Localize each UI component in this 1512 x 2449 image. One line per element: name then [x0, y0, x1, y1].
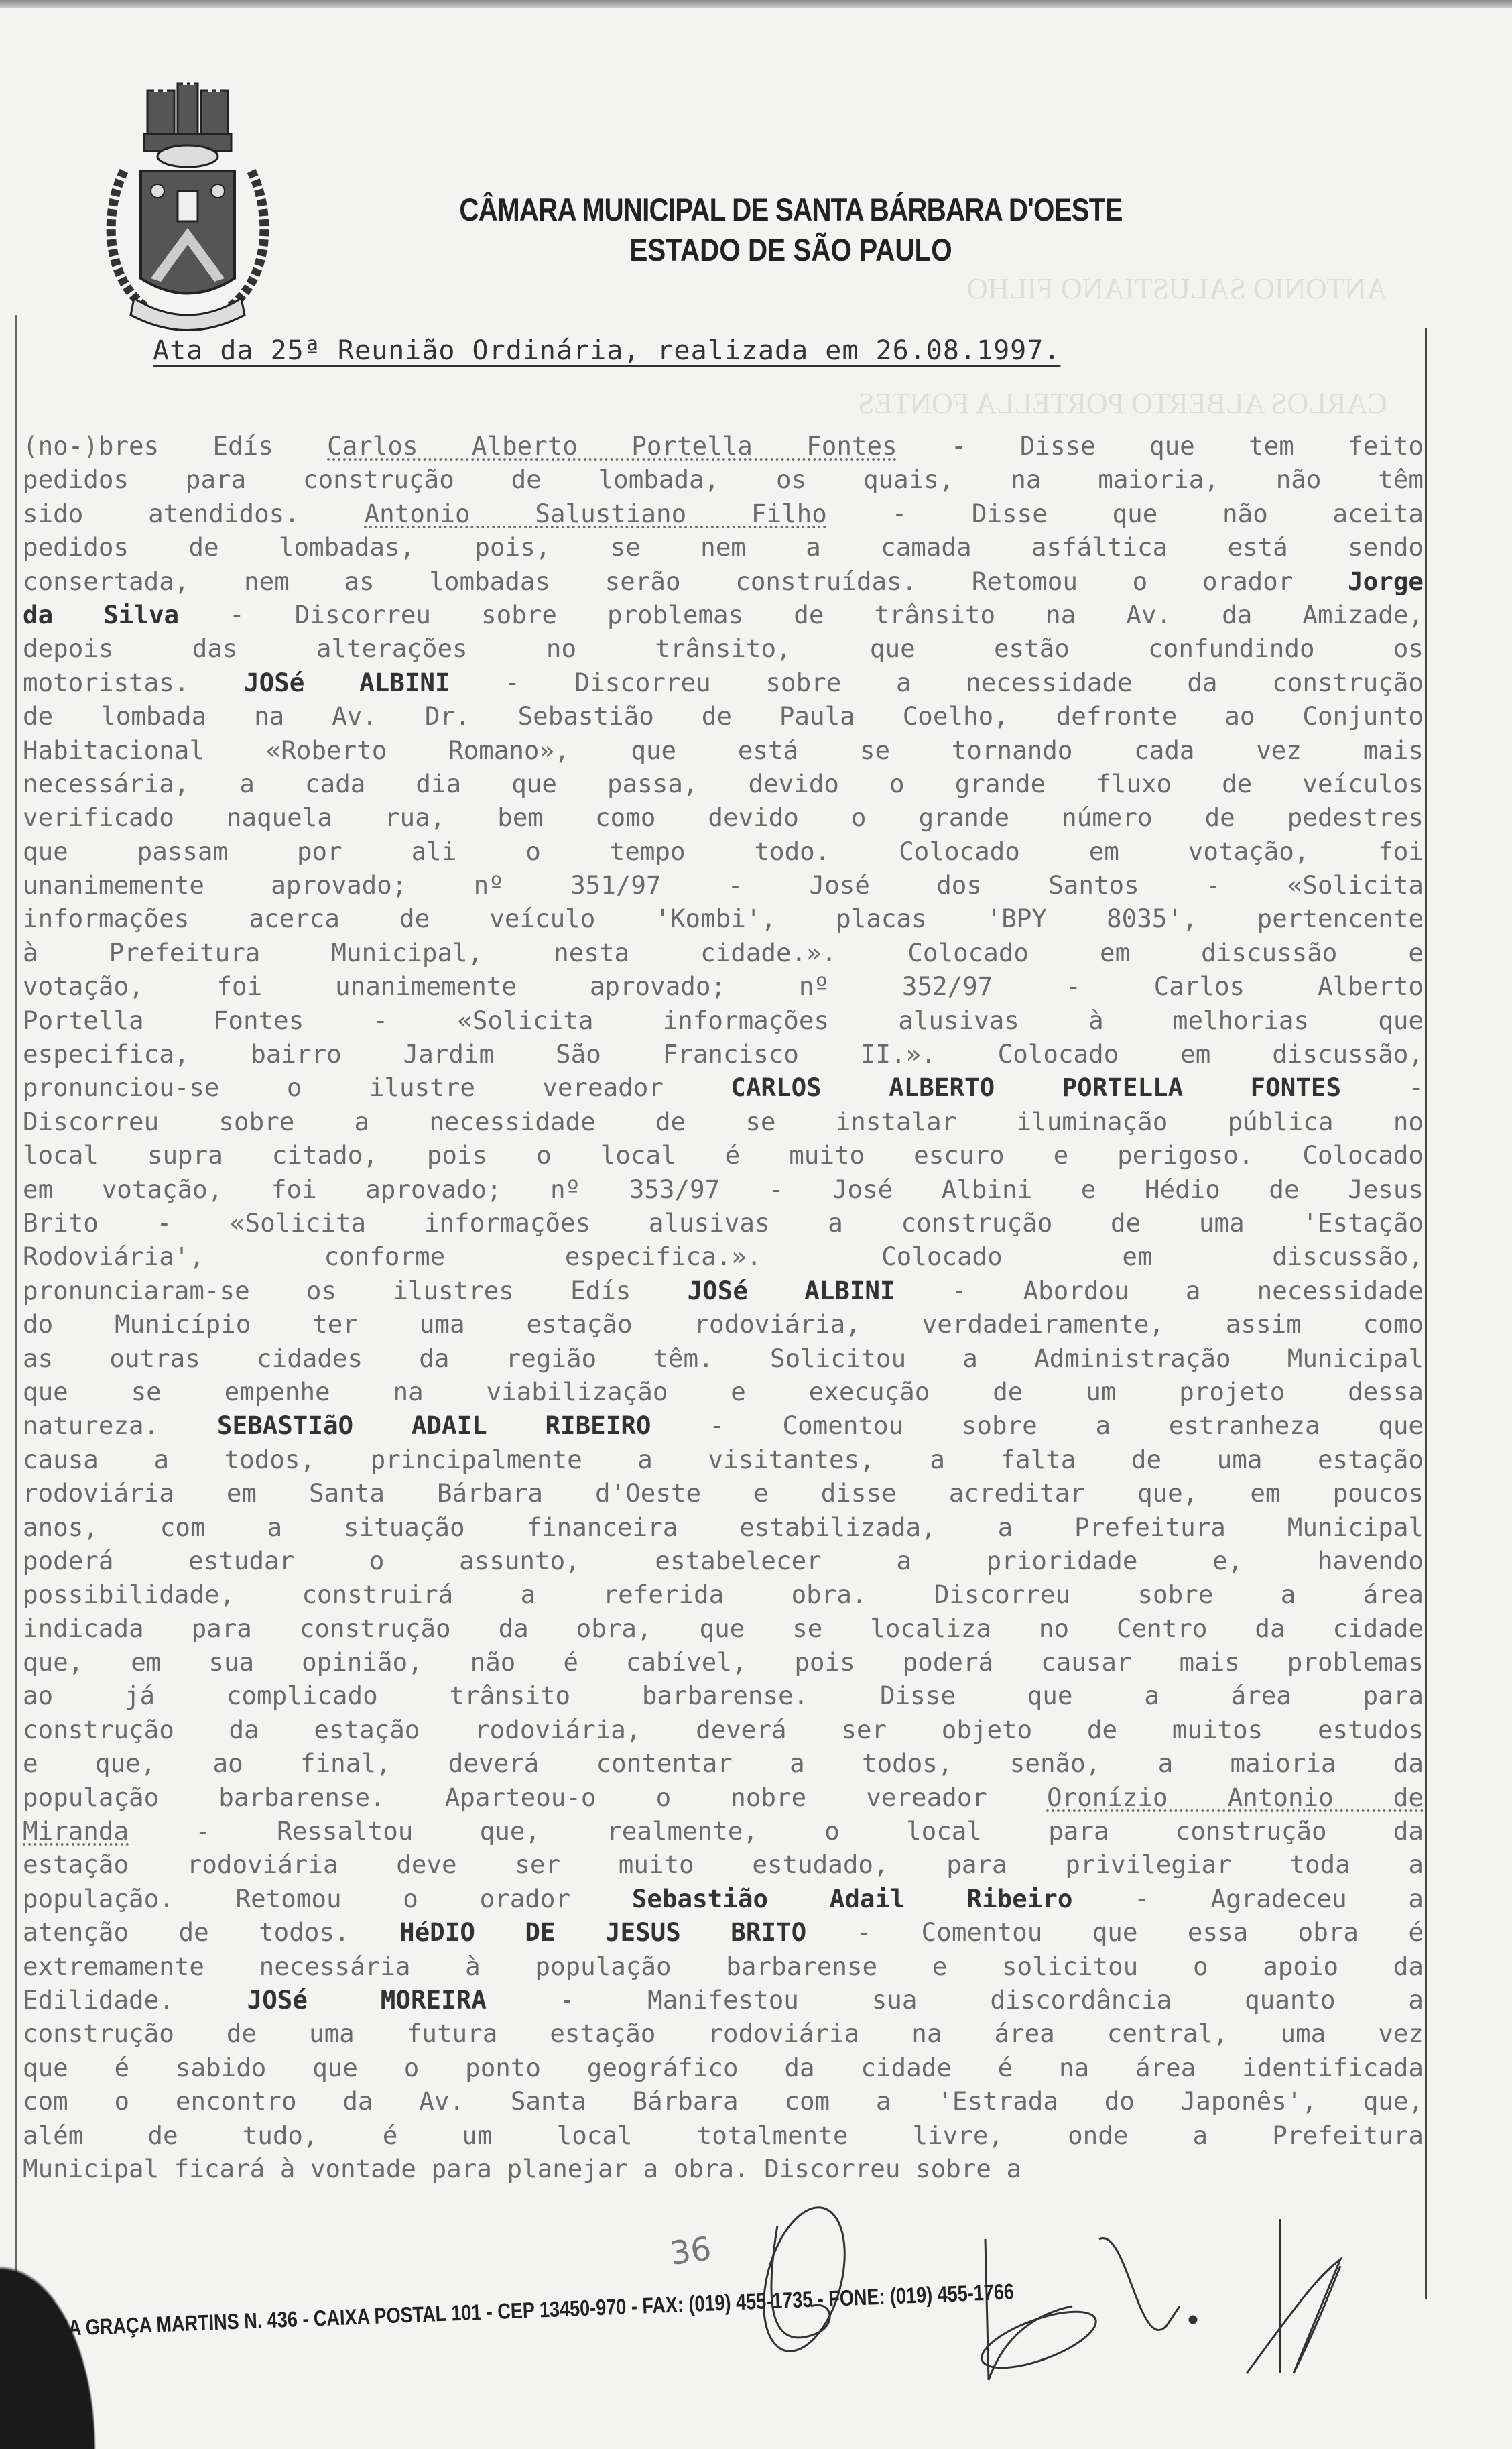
line-text: (no-)bres Edís	[23, 431, 327, 461]
minutes-line: sido atendidos. Antonio Salustiano Filho…	[23, 497, 1424, 530]
line-text: motoristas.	[23, 668, 244, 697]
minutes-line: Edilidade. JOSé MOREIRA - Manifestou sua…	[23, 1983, 1424, 2017]
minutes-line: local supra citado, pois o local é muito…	[23, 1138, 1424, 1172]
minutes-line: as outras cidades da região têm. Solicit…	[23, 1341, 1424, 1375]
minutes-line: Discorreu sobre a necessidade de se inst…	[23, 1105, 1424, 1138]
line-text: que passam por ali o tempo todo. Colocad…	[23, 837, 1424, 866]
minutes-line: além de tudo, é um local totalmente livr…	[23, 2118, 1424, 2152]
line-text: Habitacional «Roberto Romano», que está …	[23, 735, 1424, 765]
line-text: unanimemente aprovado; nº 351/97 - José …	[23, 870, 1424, 900]
minutes-line: que, em sua opinião, não é cabível, pois…	[23, 1645, 1424, 1679]
minutes-line: pedidos de lombadas, pois, se nem a cama…	[23, 530, 1424, 564]
line-text: consertada, nem as lombadas serão constr…	[23, 566, 1348, 596]
minutes-line: em votação, foi aprovado; nº 353/97 - Jo…	[23, 1173, 1424, 1206]
line-text: - Discorreu sobre problemas de trânsito …	[179, 600, 1424, 630]
line-text: - Ressaltou que, realmente, o local para…	[129, 1816, 1424, 1846]
minutes-line: votação, foi unanimemente aprovado; nº 3…	[23, 969, 1424, 1003]
minutes-line: necessária, a cada dia que passa, devido…	[23, 767, 1424, 800]
minutes-line: atenção de todos. HéDIO DE JESUS BRITO -…	[23, 1915, 1424, 1949]
line-text: população. Retomou o orador	[23, 1884, 632, 1913]
minutes-line: pronunciaram-se os ilustres Edís JOSé AL…	[23, 1274, 1424, 1307]
page-frame-right	[1425, 328, 1427, 2299]
minutes-line: construção de uma futura estação rodoviá…	[23, 2017, 1424, 2050]
speaker-name: CARLOS ALBERTO PORTELLA FONTES	[731, 1073, 1341, 1102]
speaker-name: Jorge	[1348, 566, 1424, 596]
line-text: Brito - «Solicita informações alusivas a…	[23, 1208, 1424, 1238]
minutes-line: Brito - «Solicita informações alusivas a…	[23, 1206, 1424, 1240]
line-text: construção de uma futura estação rodoviá…	[23, 2019, 1424, 2048]
underlined-name: Miranda	[23, 1816, 129, 1846]
minutes-body: (no-)bres Edís Carlos Alberto Portella F…	[23, 429, 1424, 2186]
speaker-name: HéDIO DE JESUS BRITO	[399, 1917, 806, 1947]
underlined-name: Carlos Alberto Portella Fontes	[327, 431, 897, 461]
minutes-line: Miranda - Ressaltou que, realmente, o lo…	[23, 1814, 1424, 1848]
minutes-line: do Município ter uma estação rodoviária,…	[23, 1307, 1424, 1341]
minutes-line: consertada, nem as lombadas serão constr…	[23, 564, 1424, 598]
line-text: pronunciaram-se os ilustres Edís	[23, 1276, 688, 1305]
line-text: atenção de todos.	[23, 1917, 399, 1947]
line-text: -	[1341, 1073, 1424, 1102]
line-text: que é sabido que o ponto geográfico da c…	[23, 2053, 1424, 2082]
line-text: população barbarense. Aparteou-o o nobre…	[23, 1783, 1047, 1812]
page-frame-left	[15, 315, 17, 2299]
line-text: Rodoviária', conforme especifica.». Colo…	[23, 1242, 1424, 1271]
line-text: - Comentou que essa obra é	[806, 1917, 1424, 1947]
line-text: Municipal ficará à vontade para planejar…	[23, 2154, 1021, 2184]
line-text: indicada para construção da obra, que se…	[23, 1614, 1424, 1643]
underlined-name: Antonio Salustiano Filho	[365, 499, 827, 528]
line-text: à Prefeitura Municipal, nesta cidade.». …	[23, 938, 1424, 967]
speaker-name: Sebastião Adail Ribeiro	[632, 1884, 1073, 1913]
minutes-line: que se empenhe na viabilização e execuçã…	[23, 1375, 1424, 1409]
underlined-name: Oronízio Antonio de	[1047, 1783, 1424, 1812]
minutes-line: pronunciou-se o ilustre vereador CARLOS …	[23, 1071, 1424, 1104]
line-text: - Disse que tem feito	[897, 431, 1424, 461]
line-text: e que, ao final, deverá contentar a todo…	[23, 1748, 1424, 1778]
line-text: especifica, bairro Jardim São Francisco …	[23, 1039, 1424, 1069]
minutes-line: possibilidade, construirá a referida obr…	[23, 1577, 1424, 1611]
minutes-line: poderá estudar o assunto, estabelecer a …	[23, 1544, 1424, 1577]
minutes-line: estação rodoviária deve ser muito estuda…	[23, 1848, 1424, 1881]
minutes-line: Municipal ficará à vontade para planejar…	[23, 2152, 1424, 2186]
line-text: natureza.	[23, 1411, 217, 1440]
state-name: ESTADO DE SÃO PAULO	[434, 231, 1148, 268]
line-text: anos, com a situação financeira estabili…	[23, 1512, 1424, 1542]
minutes-line: unanimemente aprovado; nº 351/97 - José …	[23, 868, 1424, 902]
minutes-line: (no-)bres Edís Carlos Alberto Portella F…	[23, 429, 1424, 463]
page-number: 36	[668, 2230, 713, 2273]
minutes-line: Portella Fontes - «Solicita informações …	[23, 1004, 1424, 1037]
line-text: em votação, foi aprovado; nº 353/97 - Jo…	[23, 1175, 1424, 1204]
minutes-line: ao já complicado trânsito barbarense. Di…	[23, 1679, 1424, 1712]
line-text: construção da estação rodoviária, deverá…	[23, 1715, 1424, 1744]
line-text: estação rodoviária deve ser muito estuda…	[23, 1850, 1424, 1879]
minutes-line: Rodoviária', conforme especifica.». Colo…	[23, 1240, 1424, 1273]
minutes-line: extremamente necessária à população barb…	[23, 1950, 1424, 1983]
line-text: - Abordou a necessidade	[895, 1276, 1424, 1305]
line-text: extremamente necessária à população barb…	[23, 1952, 1424, 1981]
minutes-line: população. Retomou o orador Sebastião Ad…	[23, 1882, 1424, 1915]
minutes-line: e que, ao final, deverá contentar a todo…	[23, 1746, 1424, 1780]
speaker-name: JOSé ALBINI	[244, 668, 450, 697]
minutes-line: informações acerca de veículo 'Kombi', p…	[23, 902, 1424, 935]
speaker-name: JOSé ALBINI	[688, 1276, 895, 1305]
speaker-name: da Silva	[23, 600, 179, 630]
handwritten-signature-icon	[749, 2199, 859, 2360]
scanner-top-edge	[0, 0, 1512, 8]
line-text: Portella Fontes - «Solicita informações …	[23, 1006, 1424, 1035]
line-text: além de tudo, é um local totalmente livr…	[23, 2121, 1424, 2150]
line-text: possibilidade, construirá a referida obr…	[23, 1579, 1424, 1609]
minutes-title: Ata da 25ª Reunião Ordinária, realizada …	[153, 335, 1060, 366]
minutes-line: especifica, bairro Jardim São Francisco …	[23, 1037, 1424, 1071]
municipal-coat-of-arms-icon	[84, 77, 285, 332]
line-text: ao já complicado trânsito barbarense. Di…	[23, 1681, 1424, 1710]
minutes-line: população barbarense. Aparteou-o o nobre…	[23, 1781, 1424, 1814]
minutes-line: anos, com a situação financeira estabili…	[23, 1510, 1424, 1544]
minutes-line: causa a todos, principalmente a visitant…	[23, 1443, 1424, 1476]
line-text: - Manifestou sua discordância quanto a	[487, 1985, 1424, 2015]
line-text: informações acerca de veículo 'Kombi', p…	[23, 904, 1424, 933]
minutes-line: rodoviária em Santa Bárbara d'Oeste e di…	[23, 1476, 1424, 1510]
minutes-line: indicada para construção da obra, que se…	[23, 1612, 1424, 1645]
minutes-line: natureza. SEBASTIãO ADAIL RIBEIRO - Come…	[23, 1409, 1424, 1442]
minutes-line: construção da estação rodoviária, deverá…	[23, 1713, 1424, 1746]
minutes-line: com o encontro da Av. Santa Bárbara com …	[23, 2084, 1424, 2118]
line-text: Edilidade.	[23, 1985, 247, 2015]
line-text: que, em sua opinião, não é cabível, pois…	[23, 1647, 1424, 1677]
minutes-line: Habitacional «Roberto Romano», que está …	[23, 733, 1424, 767]
line-text: pronunciou-se o ilustre vereador	[23, 1073, 731, 1102]
line-text: - Agradeceu a	[1072, 1884, 1424, 1913]
line-text: que se empenhe na viabilização e execuçã…	[23, 1377, 1424, 1407]
line-text: - Disse que não aceita	[827, 499, 1424, 528]
speaker-name: JOSé MOREIRA	[247, 1985, 487, 2015]
minutes-line: que é sabido que o ponto geográfico da c…	[23, 2051, 1424, 2084]
minutes-line: da Silva - Discorreu sobre problemas de …	[23, 598, 1424, 632]
minutes-line: de lombada na Av. Dr. Sebastião de Paula…	[23, 699, 1424, 733]
line-text: poderá estudar o assunto, estabelecer a …	[23, 1546, 1424, 1575]
line-text: votação, foi unanimemente aprovado; nº 3…	[23, 971, 1424, 1001]
line-text: local supra citado, pois o local é muito…	[23, 1140, 1424, 1170]
line-text: rodoviária em Santa Bárbara d'Oeste e di…	[23, 1478, 1424, 1508]
line-text: necessária, a cada dia que passa, devido…	[23, 769, 1424, 798]
line-text: Discorreu sobre a necessidade de se inst…	[23, 1107, 1424, 1136]
line-text: de lombada na Av. Dr. Sebastião de Paula…	[23, 701, 1424, 731]
line-text: pedidos para construção de lombada, os q…	[23, 465, 1424, 494]
line-text: com o encontro da Av. Santa Bárbara com …	[23, 2086, 1424, 2116]
minutes-line: à Prefeitura Municipal, nesta cidade.». …	[23, 936, 1424, 969]
minutes-line: que passam por ali o tempo todo. Colocad…	[23, 835, 1424, 868]
minutes-line: depois das alterações no trânsito, que e…	[23, 632, 1424, 665]
line-text: - Discorreu sobre a necessidade da const…	[450, 668, 1424, 697]
line-text: depois das alterações no trânsito, que e…	[23, 634, 1424, 663]
line-text: causa a todos, principalmente a visitant…	[23, 1445, 1424, 1474]
minutes-line: motoristas. JOSé ALBINI - Discorreu sobr…	[23, 666, 1424, 699]
speaker-name: SEBASTIãO ADAIL RIBEIRO	[217, 1411, 651, 1440]
line-text: sido atendidos.	[23, 499, 365, 528]
minutes-line: verificado naquela rua, bem como devido …	[23, 800, 1424, 834]
line-text: do Município ter uma estação rodoviária,…	[23, 1309, 1424, 1339]
handwritten-signature-icon	[1247, 2219, 1340, 2373]
line-text: as outras cidades da região têm. Solicit…	[23, 1343, 1424, 1373]
line-text: verificado naquela rua, bem como devido …	[23, 802, 1424, 832]
scanner-corner-shadow	[0, 2167, 147, 2449]
handwritten-signature-icon	[975, 2238, 1196, 2380]
minutes-line: pedidos para construção de lombada, os q…	[23, 463, 1424, 496]
institution-name: CÂMARA MUNICIPAL DE SANTA BÁRBARA D'OEST…	[434, 191, 1148, 228]
line-text: - Comentou sobre a estranheza que	[651, 1411, 1424, 1440]
line-text: pedidos de lombadas, pois, se nem a cama…	[23, 532, 1424, 562]
